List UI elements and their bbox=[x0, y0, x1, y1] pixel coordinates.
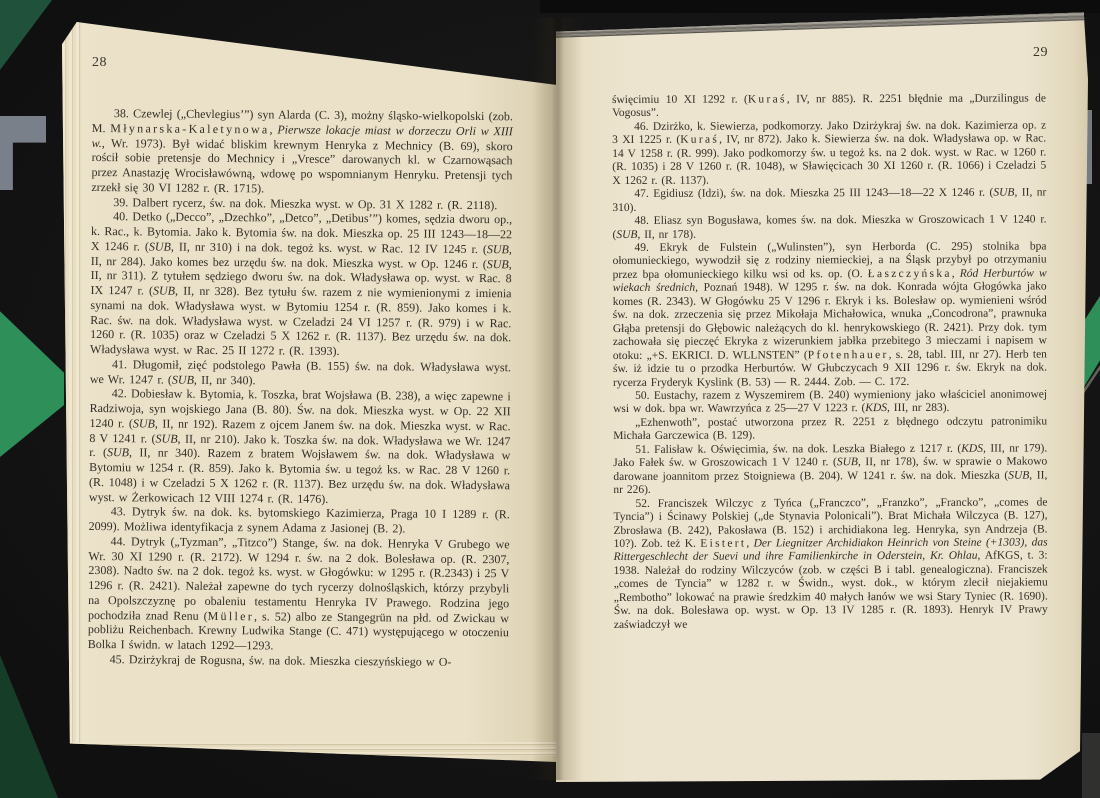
paragraph: 49. Ekryk de Fulstein („Wulinsten”), syn… bbox=[613, 240, 1048, 389]
green-stripe-left-decoration bbox=[0, 295, 64, 457]
paragraph: 52. Franciszek Wilczyc z Tyńca („Franczc… bbox=[613, 496, 1047, 632]
dark-strip-decoration bbox=[1082, 733, 1100, 798]
paragraph: 42. Dobiesław k. Bytomia, k. Toszka, bra… bbox=[89, 386, 511, 507]
paragraph: 40. Detko („Decco”, „Dzechko”, „Detco”, … bbox=[90, 209, 512, 360]
paragraph: 38. Czewlej („Chevlegius’”) syn Alarda (… bbox=[91, 106, 513, 198]
text-column: święcimiu 10 XI 1292 r. (Kuraś, IV, nr 8… bbox=[612, 92, 1048, 632]
green-stripe-bottom-left-decoration bbox=[0, 655, 58, 798]
paragraph: 45. Dzirżykraj de Rogusna, św. na dok. M… bbox=[88, 652, 509, 670]
paragraph: 46. Dzirżko, k. Siewierza, podkomorzy. J… bbox=[612, 119, 1046, 188]
paragraph: 41. Długomił, zięć podstolego Pawła (B. … bbox=[90, 357, 511, 390]
paragraph: 43. Dytryk św. na dok. ks. bytomskiego K… bbox=[89, 504, 510, 537]
page-number: 29 bbox=[1033, 45, 1048, 61]
book-spread-scene: 28 38. Czewlej („Chevlegius’”) syn Alard… bbox=[0, 0, 1100, 798]
gray-bracket-decoration bbox=[0, 116, 46, 190]
text-column: 38. Czewlej („Chevlegius’”) syn Alarda (… bbox=[88, 106, 513, 670]
paragraph: 44. Dytryk („Tyzman”, „Titzco”) Stange, … bbox=[88, 534, 510, 655]
paragraph: 48. Eliasz syn Bogusława, komes św. na d… bbox=[612, 214, 1046, 242]
paragraph: 47. Egidiusz (Idzi), św. na dok. Mieszka… bbox=[612, 187, 1046, 215]
paragraph: „Ezhenwoth”, postać utworzona przez R. 2… bbox=[613, 415, 1047, 443]
book-top-edge-decoration bbox=[540, 0, 1100, 13]
paragraph: święcimiu 10 XI 1292 r. (Kuraś, IV, nr 8… bbox=[612, 92, 1046, 120]
paragraph: 50. Eustachy, razem z Wyszemirem (B. 240… bbox=[613, 388, 1047, 416]
paragraph: 51. Falisław k. Oświęcimia, św. na dok. … bbox=[613, 442, 1047, 497]
page-number: 28 bbox=[92, 55, 107, 71]
green-stripe-top-left-decoration bbox=[0, 0, 52, 70]
right-page: 29 święcimiu 10 XI 1292 r. (Kuraś, IV, n… bbox=[556, 10, 1088, 782]
left-page: 28 38. Czewlej („Chevlegius’”) syn Alard… bbox=[62, 22, 556, 762]
